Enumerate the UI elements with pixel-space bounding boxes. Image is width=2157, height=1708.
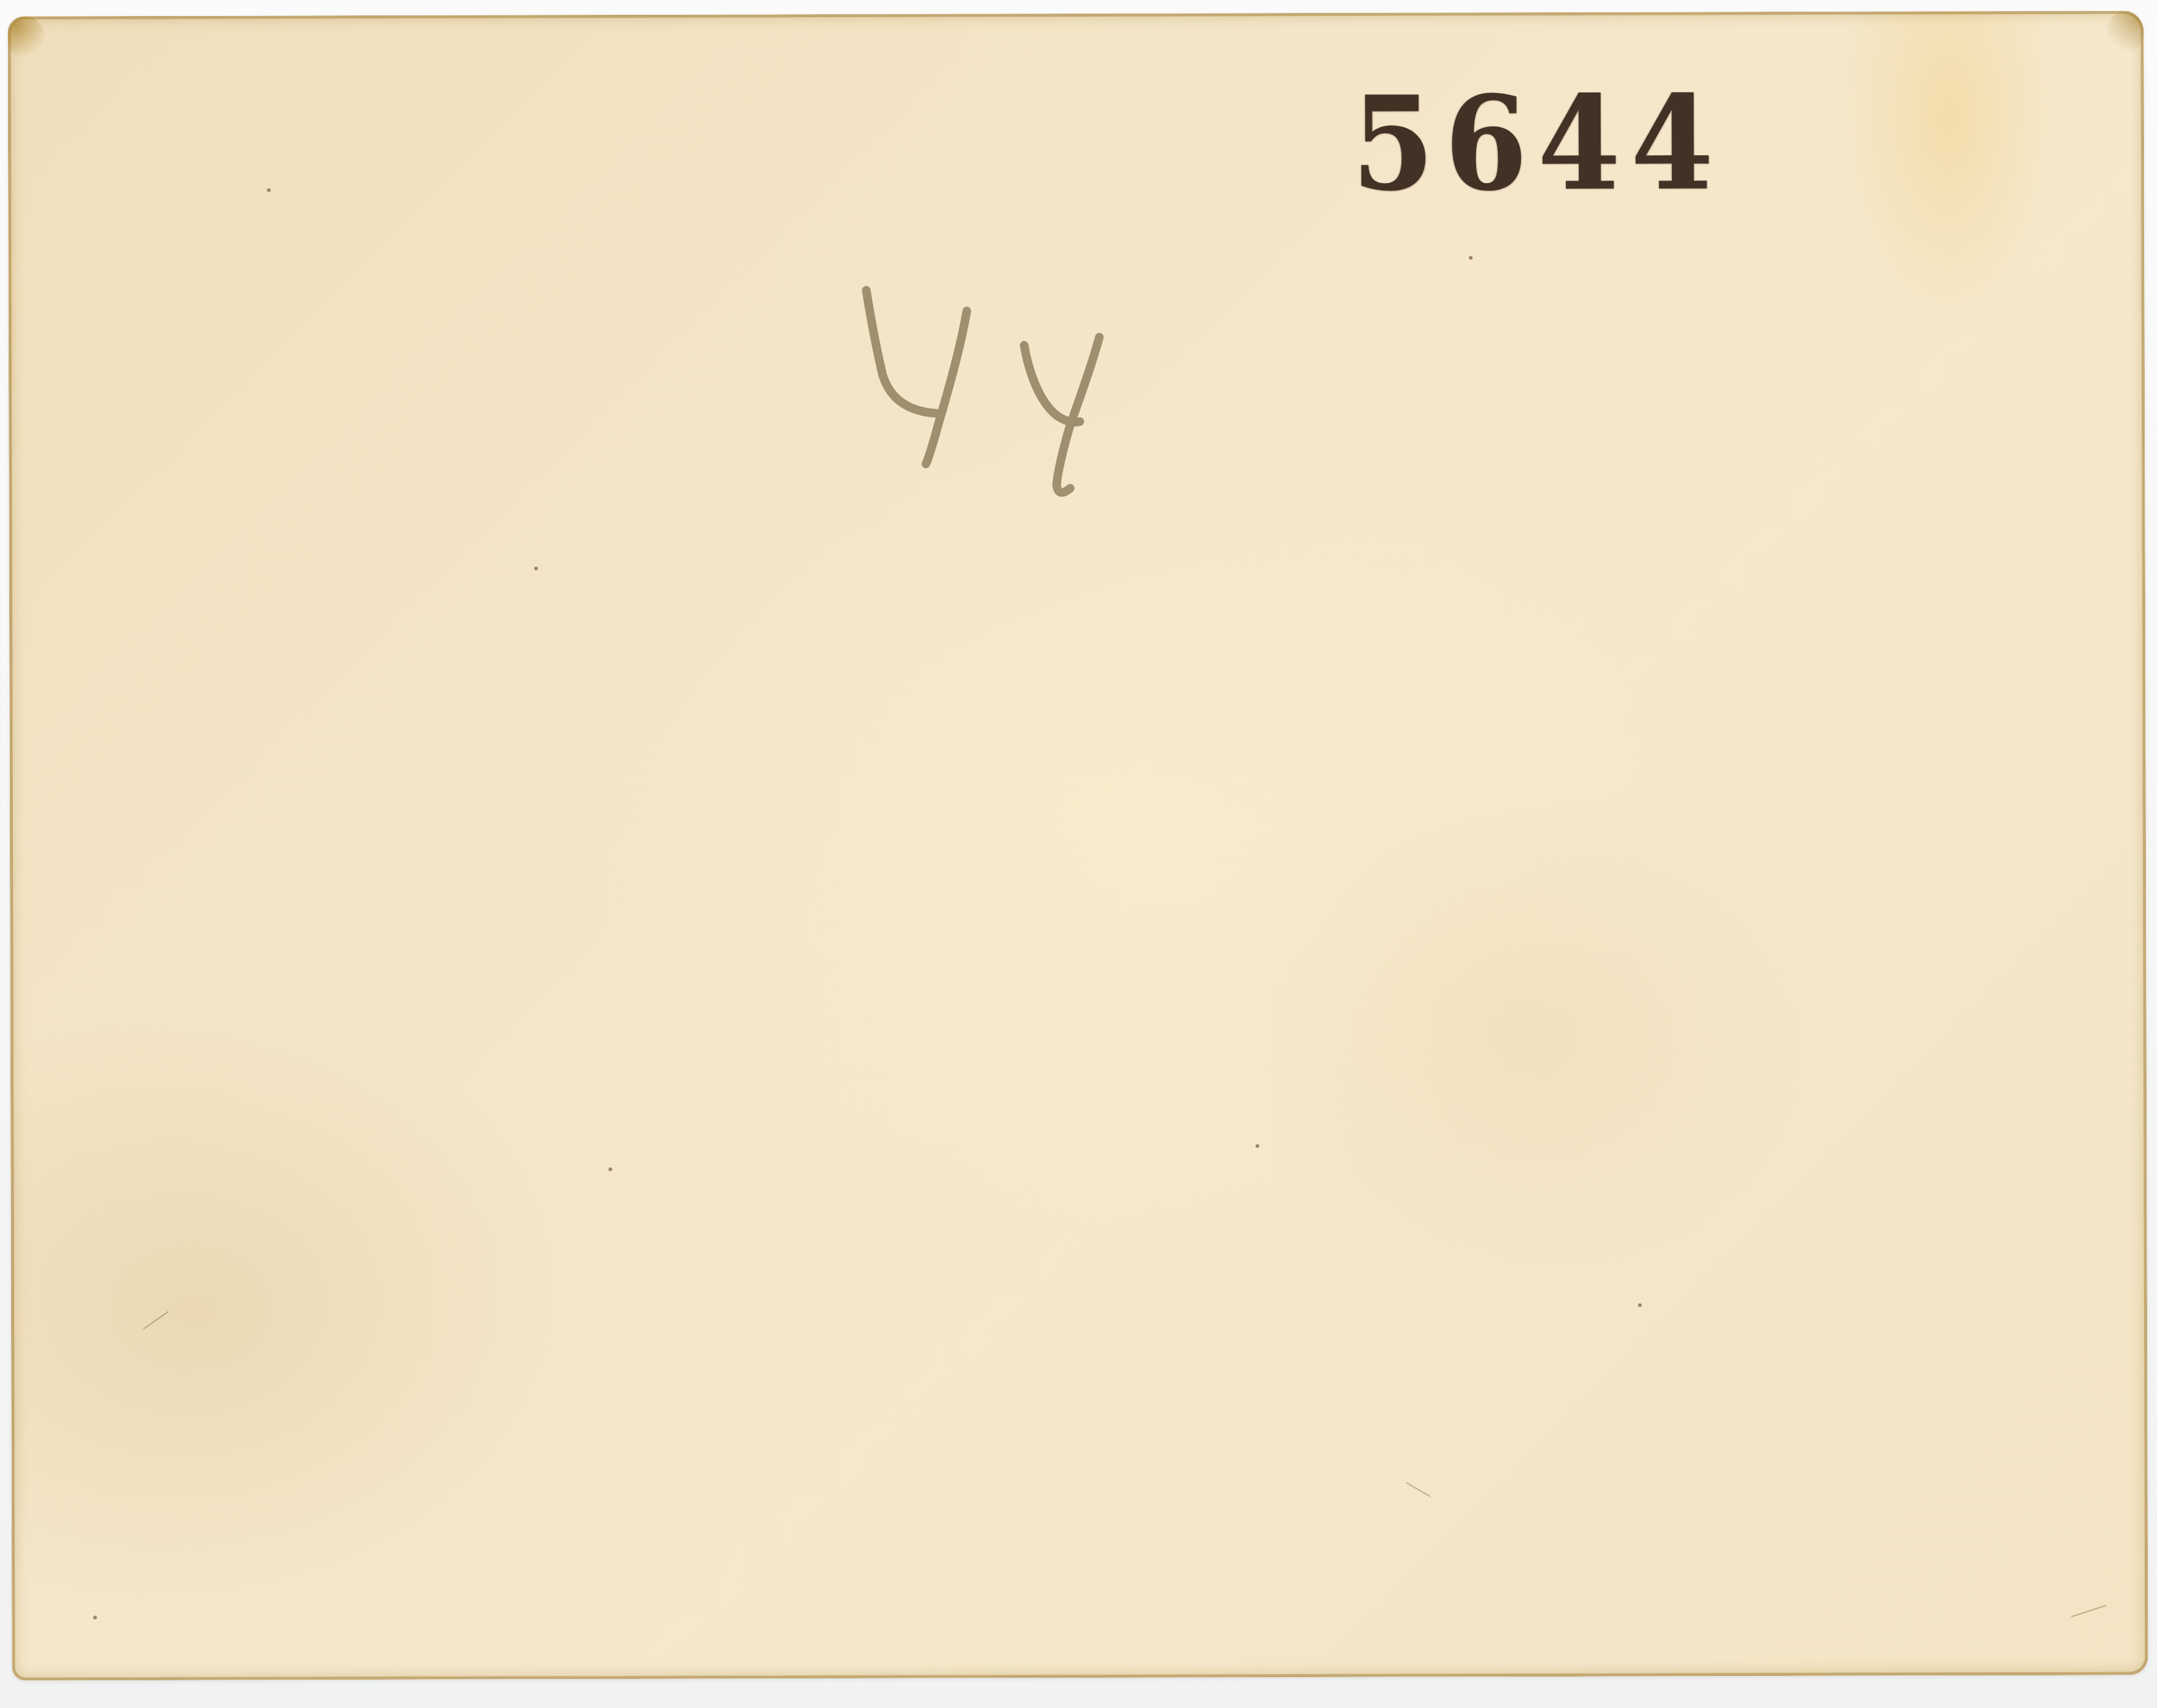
paper-speck: [1469, 256, 1472, 259]
stamped-number: 5644: [1352, 78, 1724, 209]
photo-scene: 5644 44: [0, 0, 2157, 1708]
paper-speck: [1638, 1304, 1642, 1307]
pencil-strokes: [828, 266, 1174, 513]
photo-card-back: 5644 44: [7, 10, 2148, 1680]
paper-speck: [608, 1167, 612, 1171]
paper-speck: [267, 188, 271, 192]
paper-speck: [93, 1616, 97, 1619]
paper-speck: [1255, 1144, 1259, 1148]
paper-fiber: [143, 1311, 169, 1330]
pencil-handwritten-number: 44: [828, 266, 1174, 513]
paper-speck: [534, 566, 538, 570]
paper-fiber: [2071, 1604, 2106, 1617]
paper-fiber: [1406, 1482, 1430, 1497]
corner-stain-top-right: [2106, 10, 2143, 54]
corner-stain-top-left: [7, 16, 44, 59]
